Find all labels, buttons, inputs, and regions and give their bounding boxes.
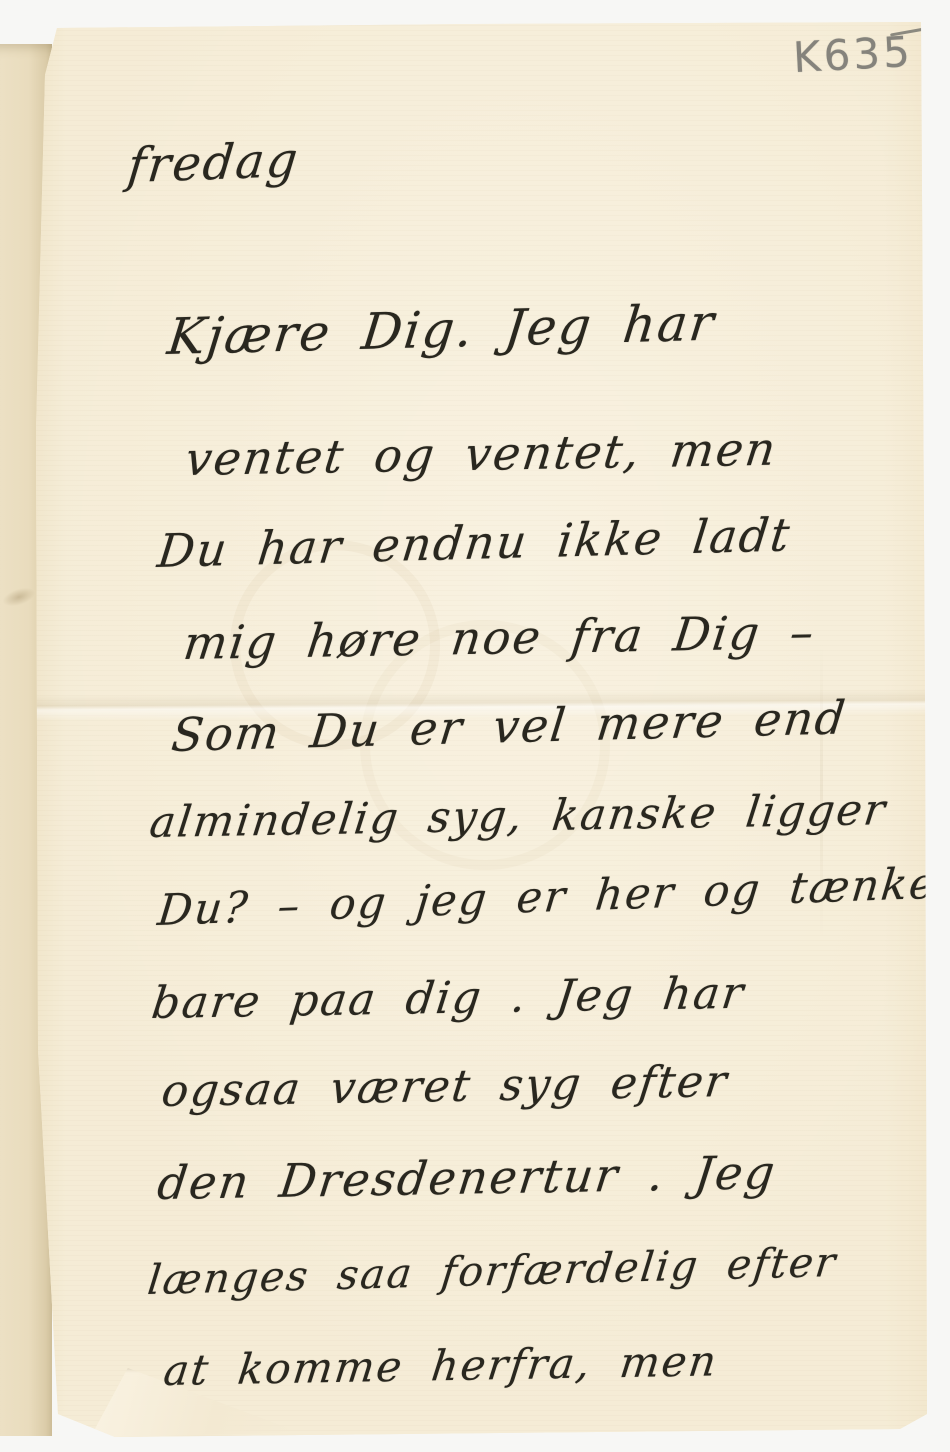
handwritten-line: ventet og ventet, men (183, 422, 781, 486)
handwritten-line: at komme herfra, men (161, 1336, 721, 1395)
handwritten-line: bare paa dig . Jeg har (149, 968, 748, 1029)
handwritten-line: mig høre noe fra Dig – (181, 605, 819, 670)
handwritten-line: den Dresdenertur . Jeg (155, 1145, 780, 1210)
letter-dateline: fredag (125, 132, 302, 194)
paper-stain (0, 584, 37, 610)
scan-surface: K635 fredag Kjære Dig. Jeg harventet og … (0, 0, 950, 1452)
letter-page: K635 fredag Kjære Dig. Jeg harventet og … (0, 0, 950, 1452)
handwritten-line: ogsaa været syg efter (159, 1056, 732, 1117)
archive-number-pencil: K635 (792, 27, 914, 82)
